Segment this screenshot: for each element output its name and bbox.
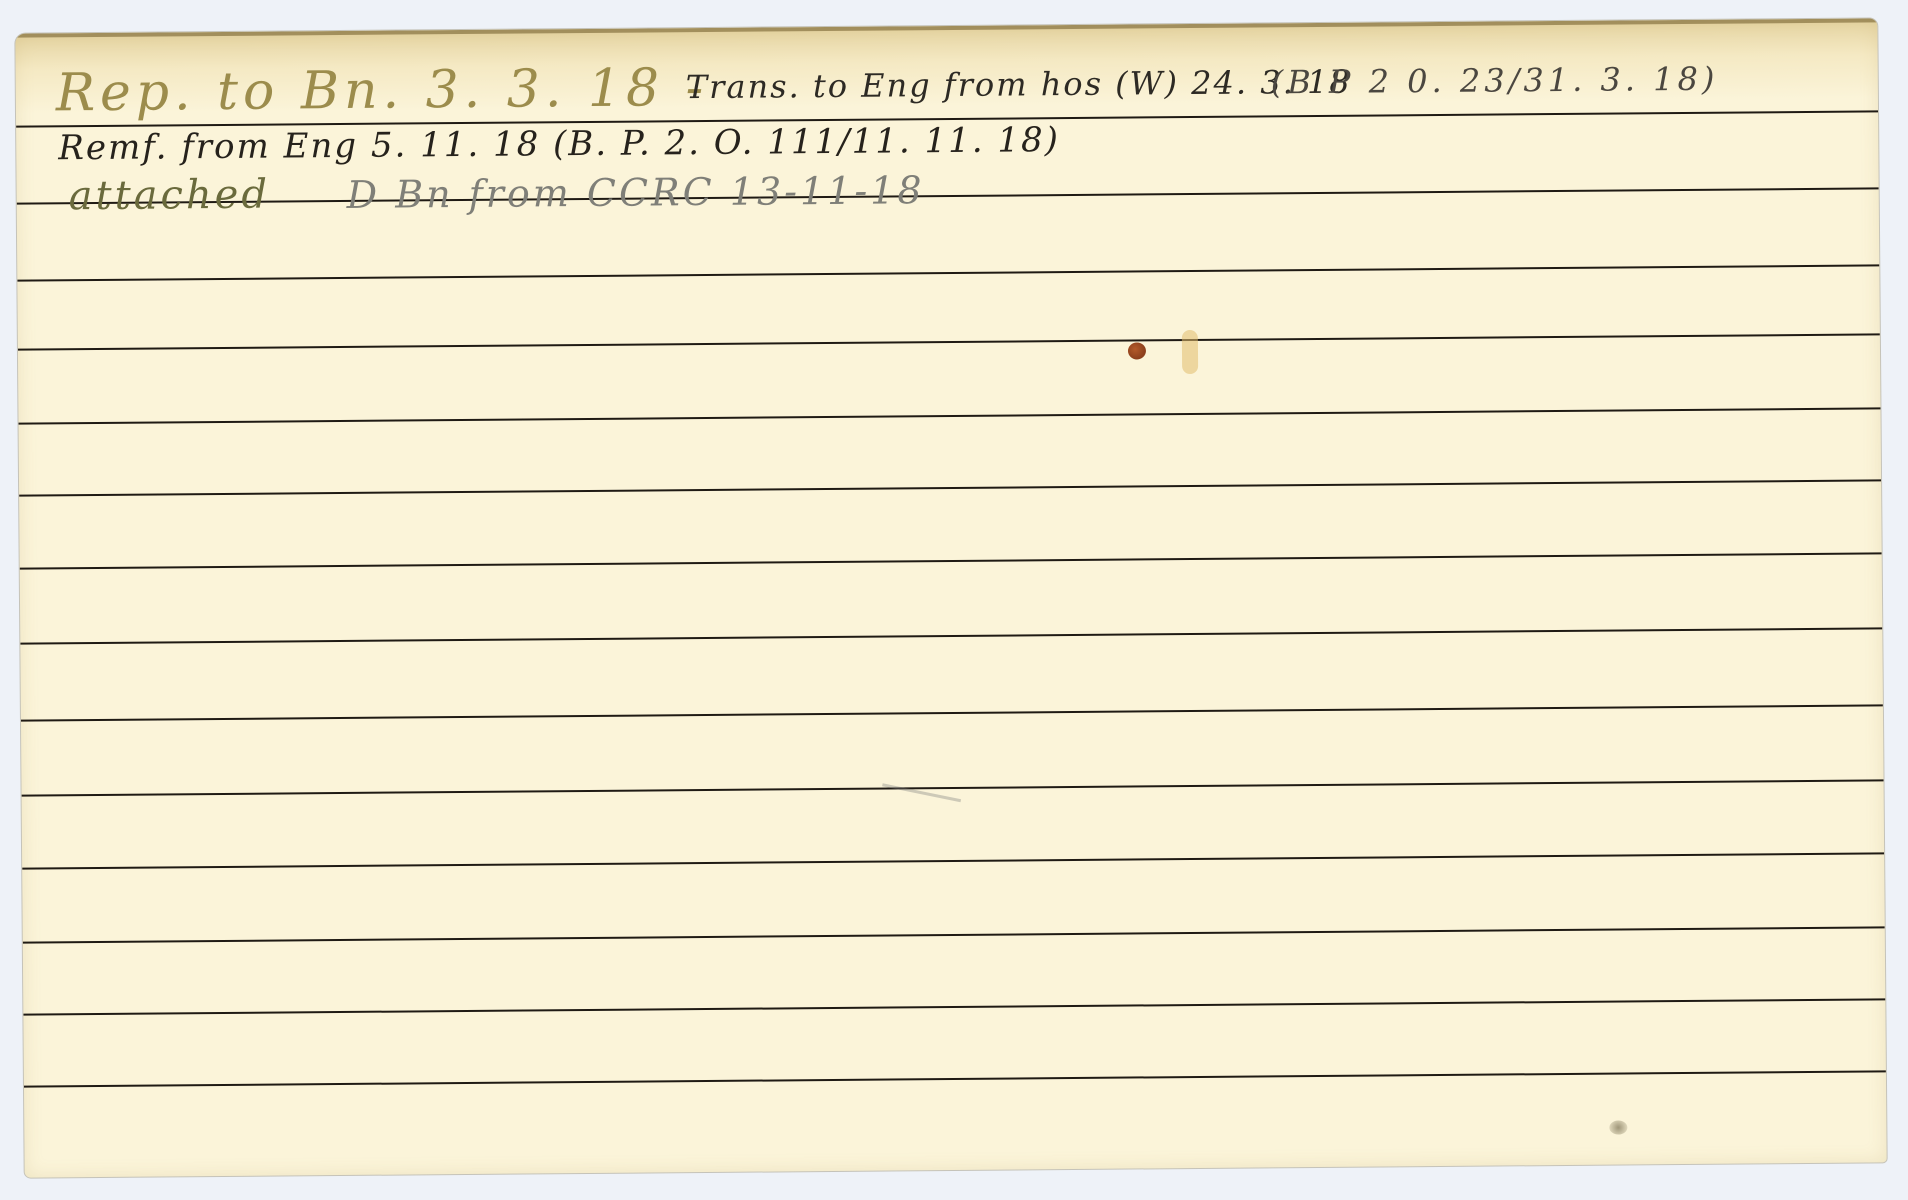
ruled-line [23, 926, 1885, 943]
record-card: Rep. to Bn. 3. 3. 18 - Trans. to Eng fro… [15, 18, 1886, 1177]
ruled-line [22, 779, 1884, 796]
ruled-line [19, 479, 1881, 496]
water-stain [1182, 330, 1198, 374]
ruled-line [21, 704, 1883, 721]
ruled-line [20, 552, 1882, 569]
ruled-line [19, 407, 1881, 424]
ruled-line [24, 1070, 1886, 1087]
entry-reference-1: (B P 2 0. 23/31. 3. 18) [1271, 60, 1719, 102]
ruled-line [23, 998, 1885, 1015]
entry-attached-detail: D Bn from CCRC 13-11-18 [346, 168, 924, 217]
entry-reinforcement: Remf. from Eng 5. 11. 18 (B. P. 2. O. 11… [58, 120, 1060, 168]
ruled-line [20, 627, 1882, 644]
entry-attached-label: attached [68, 172, 270, 220]
ruled-line [17, 187, 1879, 204]
ruled-line [17, 264, 1879, 281]
rust-stain [1128, 342, 1146, 359]
entry-transferred-england: Trans. to Eng from hos (W) 24. 3. 18 [686, 63, 1352, 106]
entry-rejoined-battalion: Rep. to Bn. 3. 3. 18 - [56, 58, 709, 123]
ruled-line [18, 333, 1880, 350]
ruled-line [22, 852, 1884, 869]
ink-smudge [1609, 1120, 1627, 1134]
